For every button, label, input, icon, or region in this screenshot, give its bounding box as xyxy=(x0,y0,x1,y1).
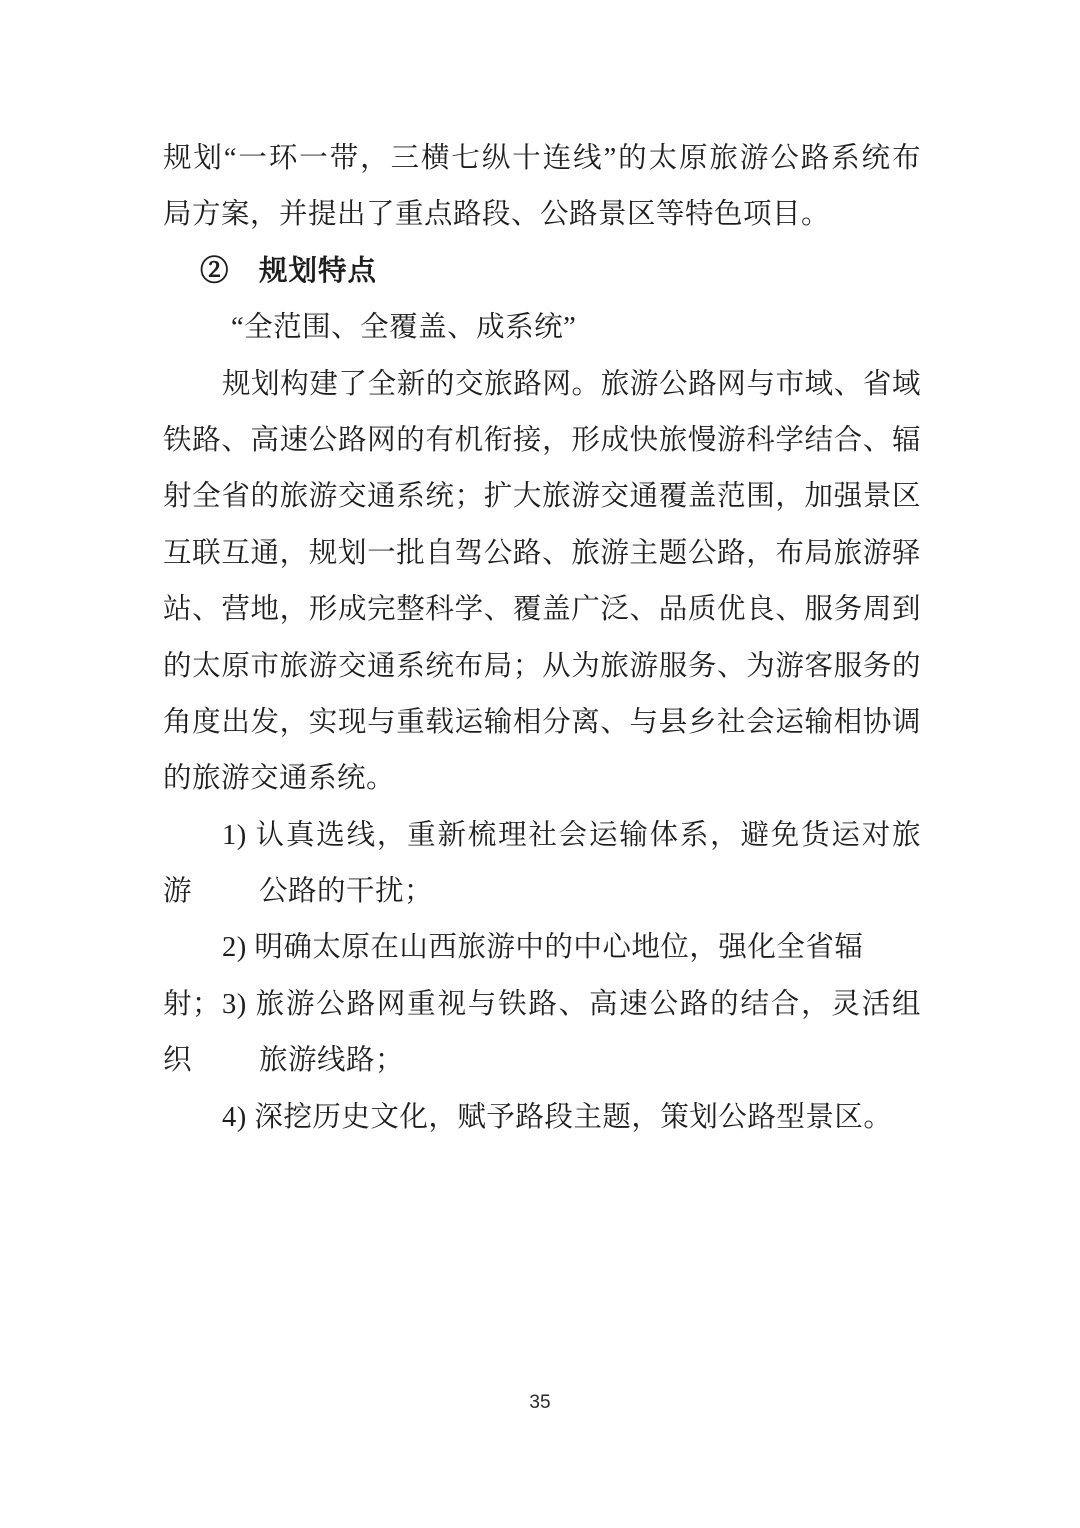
text-line: 规划构建了全新的交旅路网。旅游公路网与市域、省域 xyxy=(163,357,921,413)
text-line: 公路的干扰； xyxy=(163,864,921,920)
text-line: 2) 明确太原在山西旅游中的中心地位，强化全省辐射； xyxy=(163,920,921,976)
text-line: 规划“一环一带，三横七纵十连线”的太原旅游公路系统布 xyxy=(163,131,921,187)
text-line: 的太原市旅游交通系统布局；从为旅游服务、为游客服务的 xyxy=(163,639,921,695)
text-line: 的旅游交通系统。 xyxy=(163,751,921,807)
text-line: 角度出发，实现与重载运输相分离、与县乡社会运输相协调 xyxy=(163,695,921,751)
page-number: 35 xyxy=(0,1392,1080,1414)
text-line: 站、营地，形成完整科学、覆盖广泛、品质优良、服务周到 xyxy=(163,582,921,638)
text-line: 射全省的旅游交通系统；扩大旅游交通覆盖范围，加强景区 xyxy=(163,469,921,525)
document-page: 规划“一环一带，三横七纵十连线”的太原旅游公路系统布局方案，并提出了重点路段、公… xyxy=(0,0,1080,1528)
text-line: 4) 深挖历史文化，赋予路段主题，策划公路型景区。 xyxy=(163,1090,921,1146)
text-line: 铁路、高速公路网的有机衔接，形成快旅慢游科学结合、辐 xyxy=(163,413,921,469)
text-line: 旅游线路； xyxy=(163,1033,921,1089)
text-line: “全范围、全覆盖、成系统” xyxy=(163,300,921,356)
text-line: 互联互通，规划一批自驾公路、旅游主题公路，布局旅游驿 xyxy=(163,526,921,582)
text-line: 局方案，并提出了重点路段、公路景区等特色项目。 xyxy=(163,187,921,243)
text-line: 3) 旅游公路网重视与铁路、高速公路的结合，灵活组织 xyxy=(163,977,921,1033)
text-line: 1) 认真选线，重新梳理社会运输体系，避免货运对旅游 xyxy=(163,808,921,864)
text-body: 规划“一环一带，三横七纵十连线”的太原旅游公路系统布局方案，并提出了重点路段、公… xyxy=(163,131,921,1146)
text-line: ② 规划特点 xyxy=(163,244,921,300)
